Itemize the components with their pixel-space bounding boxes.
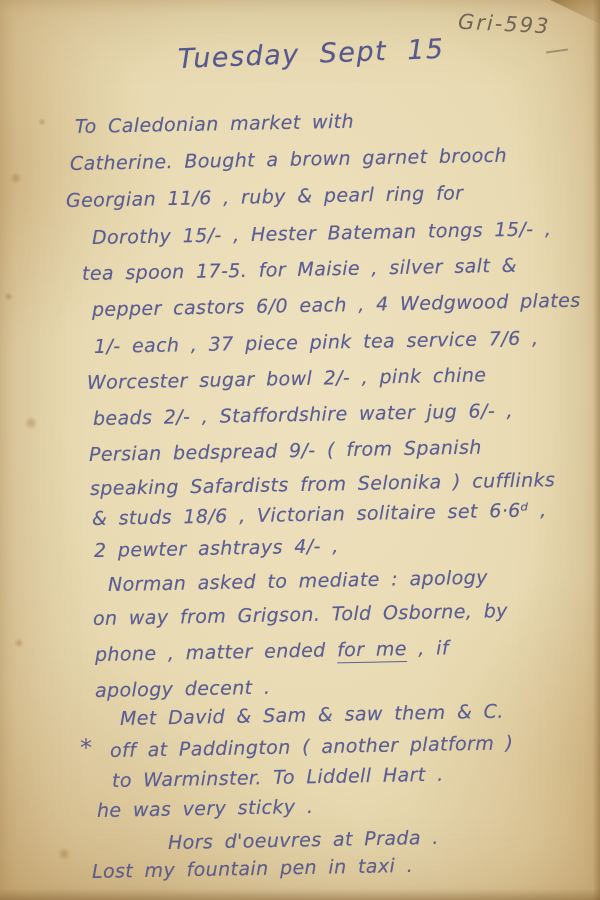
foxing-spot: [4, 292, 13, 301]
diary-line: Catherine. Bought a brown garnet brooch: [70, 145, 507, 177]
foxing-spot: [14, 638, 24, 648]
foxing-spot: [56, 848, 72, 860]
diary-line: Lost my fountain pen in taxi .: [92, 855, 414, 885]
torn-corner: [546, 0, 600, 24]
diary-line: pepper castors 6/0 each , 4 Wedgwood pla…: [92, 290, 581, 323]
margin-asterisk: *: [80, 736, 92, 760]
line-text: , if: [407, 637, 450, 660]
diary-line: speaking Safardists from Selonika ) cuff…: [90, 469, 556, 502]
page-title: Tuesday Sept 15: [177, 34, 445, 77]
page-edge-shadow: [0, 889, 600, 900]
diary-line: Hors d'oeuvres at Prada .: [168, 827, 439, 856]
diary-line: beads 2/- , Staffordshire water jug 6/- …: [93, 400, 513, 432]
diary-line: he was very sticky .: [97, 796, 314, 824]
diary-line: To Caledonian market with: [75, 111, 354, 140]
diary-line: 2 pewter ashtrays 4/- ,: [94, 535, 339, 563]
underlined-phrase: for me: [337, 638, 407, 663]
diary-line: Persian bedspread 9/- ( from Spanish: [89, 436, 482, 467]
pencil-mark: [546, 48, 568, 53]
diary-page-scan: Gri-593 Tuesday Sept 15 To Caledonian ma…: [0, 0, 600, 900]
diary-line: phone , matter ended for me , if: [95, 637, 449, 668]
diary-line: Met David & Sam & saw them & C.: [120, 701, 504, 732]
diary-line: on way from Grigson. Told Osborne, by: [93, 600, 508, 632]
diary-line: to Warminster. To Liddell Hart .: [112, 764, 444, 794]
page-edge-shadow: [593, 0, 600, 900]
foxing-spot: [38, 118, 46, 126]
catalog-number: Gri-593: [457, 10, 551, 40]
line-text: phone , matter ended: [95, 639, 338, 666]
foxing-spot: [10, 172, 22, 184]
diary-line: 1/- each , 37 piece pink tea service 7/6…: [94, 327, 539, 359]
diary-line: Worcester sugar bowl 2/- , pink chine: [87, 364, 487, 395]
foxing-spot: [24, 416, 38, 430]
diary-line: apology decent .: [95, 677, 271, 704]
diary-line: Dorothy 15/- , Hester Bateman tongs 15/-…: [92, 218, 552, 251]
diary-line: tea spoon 17-5. for Maisie , silver salt…: [82, 255, 517, 287]
diary-line: off at Paddington ( another platform ): [110, 732, 514, 763]
diary-line: Georgian 11/6 , ruby & pearl ring for: [66, 182, 464, 213]
diary-line: & studs 18/6 , Victorian solitaire set 6…: [92, 499, 547, 531]
diary-line: Norman asked to mediate : apology: [108, 567, 488, 598]
